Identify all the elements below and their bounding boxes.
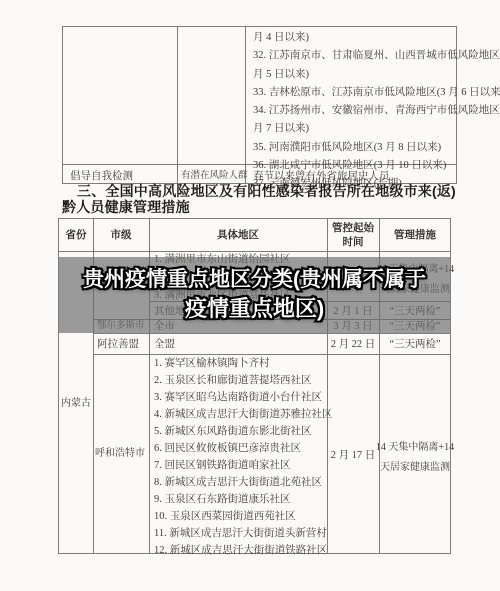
- risk-list-line: 32. 江苏南京市、甘肃临夏州、山西晋城市低风险地区(3: [253, 49, 453, 62]
- hohhot-area-item: 7. 回民区钢铁路街道咱家社区: [154, 459, 291, 472]
- alxa-city-cell: 阿拉善盟: [97, 338, 139, 351]
- province-cell: 内蒙古: [61, 397, 91, 410]
- risk-table: 月 4 日以来) 32. 江苏南京市、甘肃临夏州、山西晋城市低风险地区(3 月 …: [62, 26, 457, 184]
- header-city: 市级: [111, 229, 132, 242]
- mgmt-header-divider: [59, 251, 450, 252]
- hohhot-date-cell: 2 月 17 日: [331, 449, 376, 462]
- hohhot-area-item: 10. 玉泉区西菜园街道西苑社区: [154, 510, 296, 523]
- risk-list-line: 33. 吉林松原市、江苏南京市低风险地区(3 月 6 日以来): [253, 86, 453, 99]
- risk-list-line: 月 7 日以来): [253, 122, 453, 135]
- risk-table-divider-col2: [245, 27, 246, 183]
- alxa-area-cell: 全盟: [154, 338, 175, 351]
- hohhot-area-item: 6. 回民区攸攸板镇巴彦淖贵社区: [154, 442, 301, 455]
- hohhot-area-item: 4. 新城区成吉思汗大街街道苏雅拉社区: [154, 408, 333, 421]
- hohhot-area-item: 11. 新城区成吉思汗大街街道头新营村: [154, 527, 327, 540]
- hohhot-area-item: 12. 新城区成吉思汗大街街道铁路社区: [154, 544, 327, 557]
- alxa-date-cell: 2 月 22 日: [331, 338, 376, 351]
- title-overlay: 贵州疫情重点地区分类(贵州属不属于 疫情重点地区): [59, 257, 450, 333]
- hohhot-area-item: 8. 新城区成吉思汗大街街道北苑社区: [154, 476, 322, 489]
- header-start-date-line1: 管控起始: [332, 222, 374, 235]
- mgmt-row-divider-3: [93, 333, 450, 334]
- header-start-date-line2: 时间: [343, 236, 364, 249]
- footer-group-cell: 有潜在风险人群: [181, 170, 248, 183]
- risk-list-line: 35. 河南濮阳市低风险地区(3 月 8 日以来): [253, 141, 453, 154]
- section-heading: 三、全国中高风险地区及有阳性感染者报告所在地级市来(返) 黔人员健康管理措施: [62, 184, 456, 215]
- alxa-measure-cell: “三天两检”: [389, 338, 440, 351]
- hohhot-area-item: 3. 赛罕区昭乌达南路街道小台什社区: [154, 391, 322, 404]
- header-province: 省份: [66, 229, 87, 242]
- hohhot-measure-line2: 天居家健康监测: [380, 461, 450, 474]
- hohhot-city-cell: 呼和浩特市: [95, 447, 145, 460]
- hohhot-area-item: 5. 新城区东风路街道东影北街社区: [154, 425, 312, 438]
- risk-area-list: 月 4 日以来) 32. 江苏南京市、甘肃临夏州、山西晋城市低风险地区(3 月 …: [253, 31, 453, 190]
- risk-list-line: 34. 江苏扬州市、安徽宿州市、青海西宁市低风险地区(3: [253, 104, 453, 117]
- hohhot-measure-line1: 14 天集中隔离+14: [376, 441, 454, 454]
- header-area: 具体地区: [217, 229, 259, 242]
- section-heading-line2: 黔人员健康管理措施: [62, 200, 456, 216]
- hohhot-area-item: 9. 玉泉区石东路街道康乐社区: [154, 493, 291, 506]
- risk-list-line: 月 4 日以来): [253, 31, 453, 44]
- risk-list-line: 月 5 日以来): [253, 68, 453, 81]
- hohhot-area-item: 2. 玉泉区长和廊街道菩提塔西社区: [154, 374, 312, 387]
- mgmt-row-divider-4: [93, 354, 450, 355]
- footer-measure-cell: 倡导自我检测: [70, 170, 133, 183]
- footer-detail-cell: 春节以来曾有外省旅居史人员: [253, 170, 390, 183]
- risk-table-divider-col1: [177, 27, 178, 183]
- hohhot-area-item: 1. 赛罕区榆林镇陶卜齐村: [154, 357, 270, 370]
- title-overlay-line1: 贵州疫情重点地区分类(贵州属不属于: [83, 266, 426, 294]
- section-heading-line1: 三、全国中高风险地区及有阳性感染者报告所在地级市来(返): [62, 184, 456, 200]
- header-measure: 管理措施: [394, 229, 436, 242]
- document-page: 月 4 日以来) 32. 江苏南京市、甘肃临夏州、山西晋城市低风险地区(3 月 …: [0, 0, 500, 591]
- title-overlay-line2: 疫情重点地区): [185, 294, 324, 324]
